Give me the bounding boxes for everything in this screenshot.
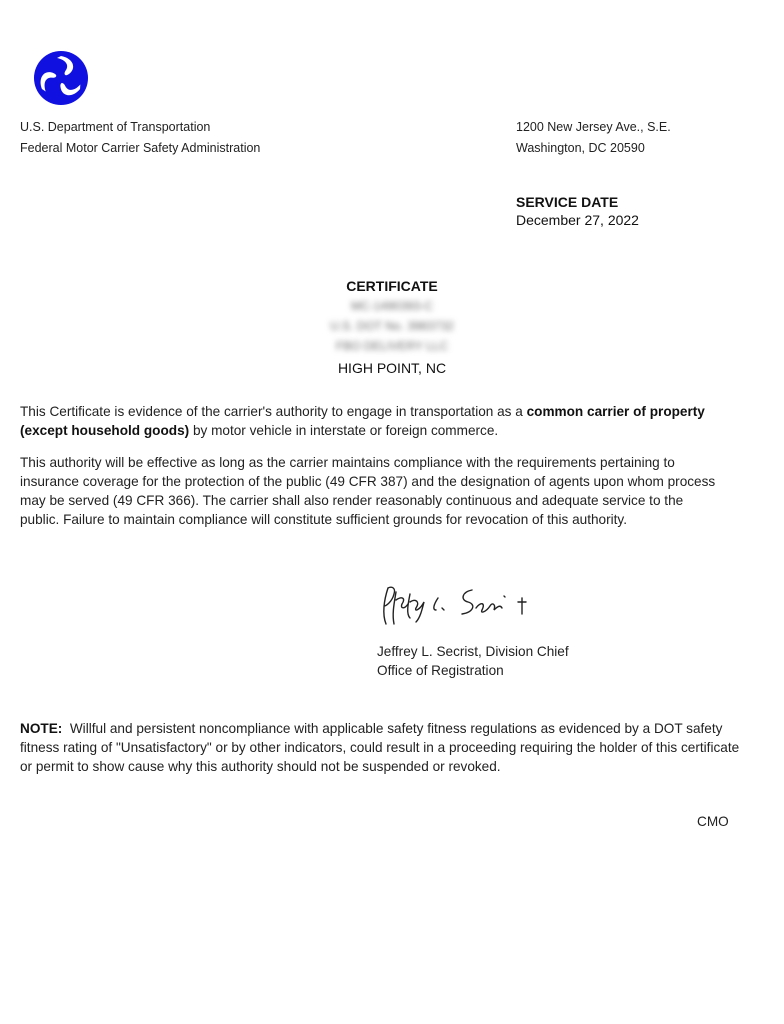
agency-department: U.S. Department of Transportation: [20, 117, 260, 138]
address-street: 1200 New Jersey Ave., S.E.: [516, 117, 671, 138]
carrier-location: HIGH POINT, NC: [0, 358, 784, 378]
note-label: NOTE:: [20, 721, 62, 736]
signer-name-title: Jeffrey L. Secrist, Division Chief: [377, 642, 569, 661]
agency-administration: Federal Motor Carrier Safety Administrat…: [20, 138, 260, 159]
footer-initials: CMO: [697, 814, 729, 829]
note-text: Willful and persistent noncompliance wit…: [20, 721, 743, 774]
address-city: Washington, DC 20590: [516, 138, 671, 159]
docket-number-redacted: MC-1490393-C: [0, 296, 784, 316]
note-paragraph: NOTE: Willful and persistent noncomplian…: [20, 719, 750, 776]
carrier-name-redacted: FBO DELIVERY LLC: [0, 336, 784, 356]
authority-text-1: This Certificate is evidence of the carr…: [20, 404, 527, 419]
signer-office: Office of Registration: [377, 661, 569, 680]
signer-block: Jeffrey L. Secrist, Division Chief Offic…: [377, 642, 569, 680]
certificate-title: CERTIFICATE: [0, 276, 784, 296]
authority-paragraph: This Certificate is evidence of the carr…: [20, 402, 750, 440]
service-date-label: SERVICE DATE: [516, 193, 639, 211]
agency-block: U.S. Department of Transportation Federa…: [20, 117, 260, 159]
handwritten-signature-icon: [376, 580, 556, 628]
certificate-block: CERTIFICATE MC-1490393-C U.S. DOT No. 39…: [0, 276, 784, 378]
service-date-value: December 27, 2022: [516, 211, 639, 229]
authority-text-2: by motor vehicle in interstate or foreig…: [189, 423, 498, 438]
dot-logo-icon: [33, 50, 89, 106]
compliance-paragraph: This authority will be effective as long…: [20, 453, 720, 529]
service-date-block: SERVICE DATE December 27, 2022: [516, 193, 639, 229]
usdot-number-redacted: U.S. DOT No. 3983732: [0, 316, 784, 336]
address-block: 1200 New Jersey Ave., S.E. Washington, D…: [516, 117, 671, 159]
